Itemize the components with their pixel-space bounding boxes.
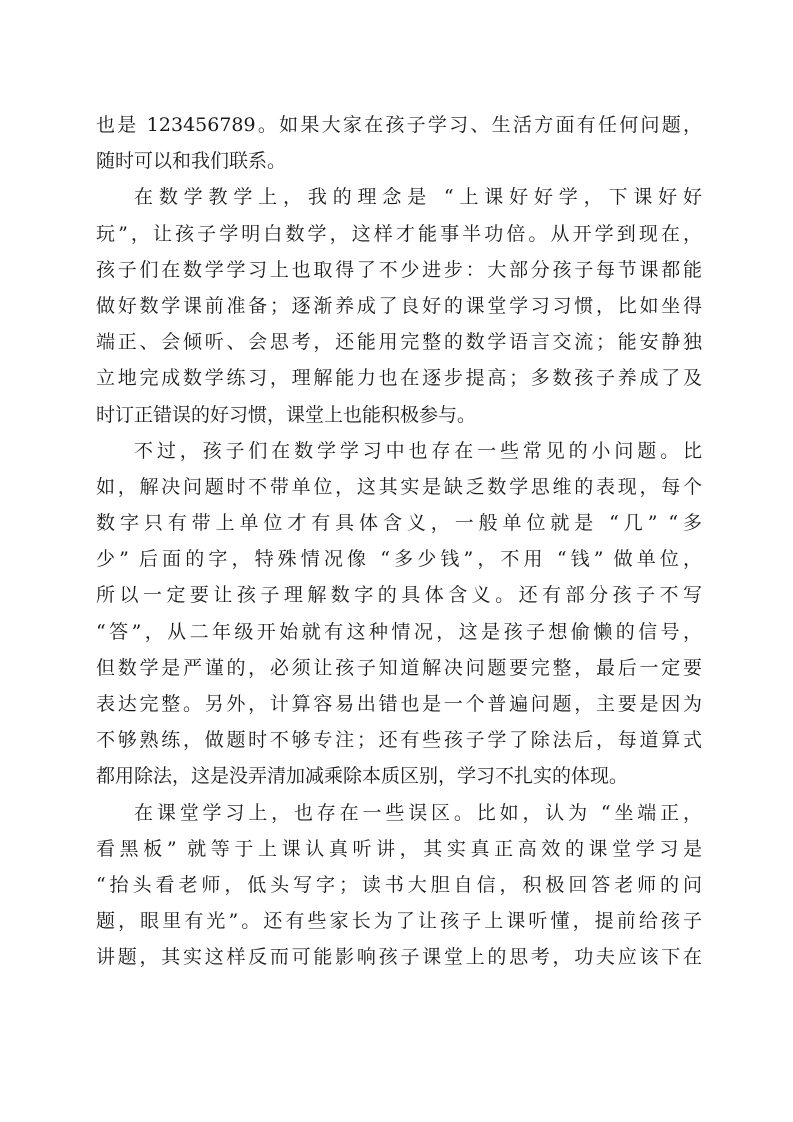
text-line: 少” 后面的字，特殊情况像 “多少钱”，不用 “钱” 做单位， [96,541,702,577]
text-line: 玩”，让孩子学明白数学，这样才能事半功倍。从开学到现在， [96,216,702,252]
text-line: “答”，从二年级开始就有这种情况，这是孩子想偷懒的信号， [96,614,702,650]
text-line: 不够熟练，做题时不够专注；还有些孩子学了除法后，每道算式 [96,722,702,758]
text-line: “抬头看老师，低头写字；读书大胆自信，积极回答老师的问 [96,867,702,903]
document-page: 也是 123456789。如果大家在孩子学习、生活方面有任何问题， 随时可以和我… [96,107,702,976]
text-line: 数字只有带上单位才有具体含义，一般单位就是 “几” “多 [96,505,702,541]
paragraph-start-line: 在课堂学习上，也存在一些误区。比如，认为 “坐端正， [96,795,702,831]
text-line: 也是 123456789。如果大家在孩子学习、生活方面有任何问题， [96,107,702,143]
text-line: 讲题，其实这样反而可能影响孩子课堂上的思考，功夫应该下在 [96,939,702,975]
text-line: 时订正错误的好习惯，课堂上也能积极参与。 [96,397,702,433]
text-line: 所以一定要让孩子理解数字的具体含义。还有部分孩子不写 [96,577,702,613]
paragraph-start-line: 在数学教学上，我的理念是 “上课好好学，下课好好 [96,179,702,215]
text-line: 都用除法，这是没弄清加减乘除本质区别，学习不扎实的体现。 [96,758,702,794]
text-line: 做好数学课前准备；逐渐养成了良好的课堂学习习惯，比如坐得 [96,288,702,324]
text-line: 如，解决问题时不带单位，这其实是缺乏数学思维的表现，每个 [96,469,702,505]
text-line: 孩子们在数学学习上也取得了不少进步：大部分孩子每节课都能 [96,252,702,288]
text-line: 立地完成数学练习，理解能力也在逐步提高；多数孩子养成了及 [96,360,702,396]
text-line: 随时可以和我们联系。 [96,143,702,179]
text-line: 但数学是严谨的，必须让孩子知道解决问题要完整，最后一定要 [96,650,702,686]
text-line: 端正、会倾听、会思考，还能用完整的数学语言交流；能安静独 [96,324,702,360]
text-line: 看黑板” 就等于上课认真听讲，其实真正高效的课堂学习是 [96,831,702,867]
text-line: 表达完整。另外，计算容易出错也是一个普遍问题，主要是因为 [96,686,702,722]
paragraph-start-line: 不过，孩子们在数学学习中也存在一些常见的小问题。比 [96,433,702,469]
text-line: 题，眼里有光”。还有些家长为了让孩子上课听懂，提前给孩子 [96,903,702,939]
